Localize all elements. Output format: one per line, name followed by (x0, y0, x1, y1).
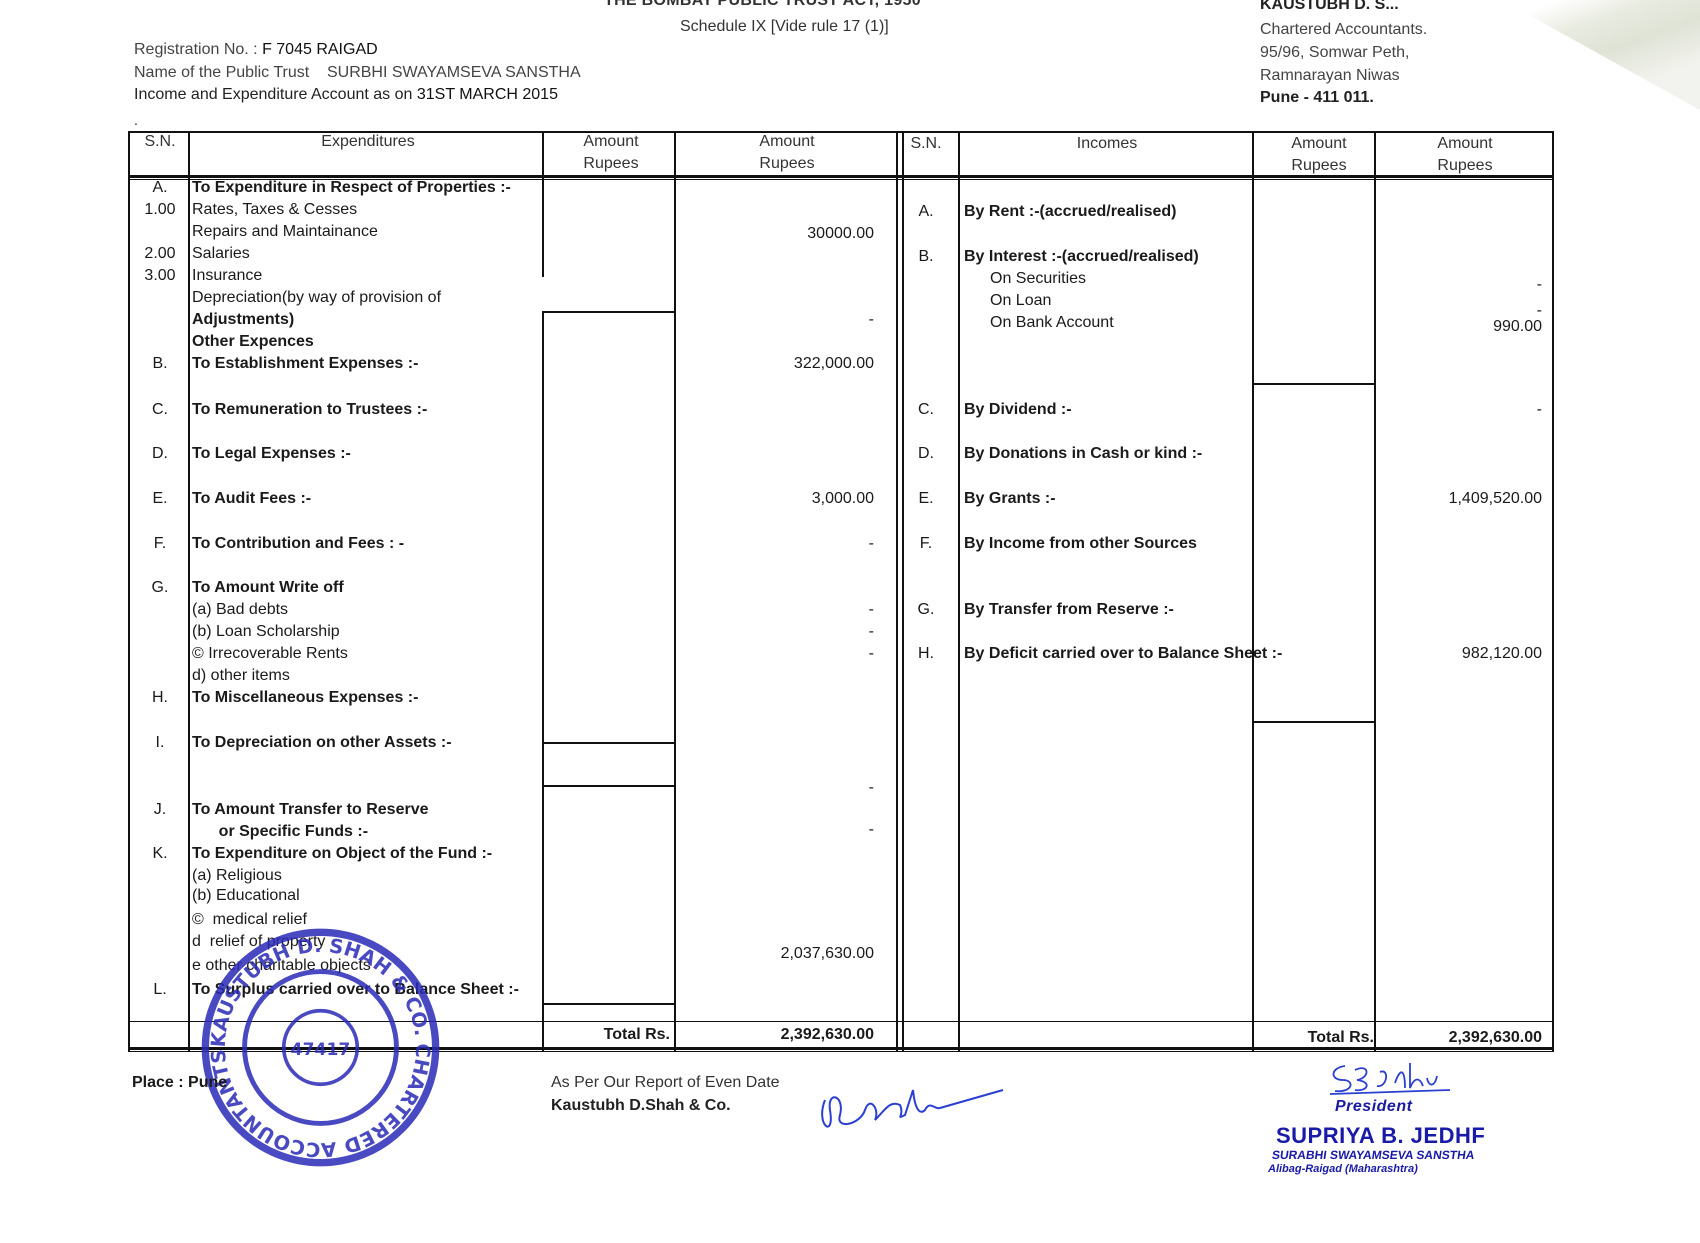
rule-line (674, 131, 676, 1051)
trust-name-line: Name of the Public Trust SURBHI SWAYAMSE… (134, 64, 581, 82)
row-label: By Transfer from Reserve :- (964, 601, 1174, 619)
row-amount: - (1380, 276, 1542, 294)
rule-line (542, 131, 544, 277)
row-sn: A. (132, 179, 188, 197)
header-amount-3: AmountRupees (1258, 133, 1380, 177)
row-sn: D. (132, 445, 188, 463)
row-label: To Contribution and Fees : - (192, 535, 404, 553)
row-amount: 1,409,520.00 (1380, 490, 1542, 508)
row-amount: - (676, 311, 874, 329)
rule-line (542, 742, 544, 787)
registration-label: Registration No. : (134, 41, 258, 58)
svg-text:47417: 47417 (291, 1040, 351, 1060)
row-amount: - (676, 623, 874, 641)
row-label: (b) Loan Scholarship (192, 623, 340, 641)
place-label: Place : (132, 1074, 184, 1091)
registration-line: Registration No. : F 7045 RAIGAD (134, 41, 378, 59)
header-amount-2: Amount Rupees (676, 131, 898, 175)
row-sn: F. (898, 535, 954, 553)
auditor-line-2: 95/96, Somwar Peth, (1260, 44, 1409, 62)
stray-dot: . (134, 112, 138, 128)
account-label: Income and Expenditure Account as on (134, 86, 412, 103)
row-sn: G. (132, 579, 188, 597)
row-amount: - (676, 645, 874, 663)
row-sn: C. (132, 401, 188, 419)
trust-name-label: Name of the Public Trust (134, 64, 309, 81)
row-label: Depreciation(by way of provision of (192, 289, 441, 307)
rule-line (1374, 131, 1376, 1051)
row-label: To Establishment Expenses :- (192, 355, 418, 373)
row-label: On Loan (990, 292, 1051, 310)
rule-line (1252, 721, 1376, 723)
row-sn: A. (898, 203, 954, 221)
row-label: To Remuneration to Trustees :- (192, 401, 427, 419)
row-sn: J. (132, 801, 188, 819)
row-amount: 322,000.00 (676, 355, 874, 373)
row-sn: L. (132, 981, 188, 999)
auditor-name: KAUSTUBH D. S... (1260, 0, 1399, 14)
rule-line (128, 175, 1554, 178)
row-label: Rates, Taxes & Cesses (192, 201, 357, 219)
auditor-line-4: Pune - 411 011. (1260, 89, 1374, 107)
place-value: Pune (188, 1074, 227, 1091)
row-label: By Donations in Cash or kind :- (964, 445, 1202, 463)
row-label: Insurance (192, 267, 262, 285)
row-sn: E. (132, 490, 188, 508)
rule-line (1252, 383, 1376, 385)
row-label: © Irrecoverable Rents (192, 645, 348, 663)
row-label: To Expenditure on Object of the Fund :- (192, 845, 492, 863)
row-label: To Legal Expenses :- (192, 445, 351, 463)
header-sn-right: S.N. (896, 133, 956, 155)
rule-line (542, 742, 674, 744)
row-amount: 982,120.00 (1380, 645, 1542, 663)
rule-line (128, 131, 1554, 133)
president-title: President (1335, 1098, 1412, 1116)
row-label: By Dividend :- (964, 401, 1072, 419)
row-label: (b) Educational (192, 887, 300, 905)
row-sn: C. (898, 401, 954, 419)
row-label: By Grants :- (964, 490, 1056, 508)
trust-name-value: SURBHI SWAYAMSEVA SANSTHA (327, 64, 581, 81)
president-organisation: SURABHI SWAYAMSEVA SANSTHA (1271, 1148, 1475, 1162)
rule-line (902, 131, 904, 1051)
rule-line (542, 1003, 544, 1051)
row-amount: - (676, 821, 874, 839)
rule-line (542, 785, 674, 787)
rule-line (128, 179, 1554, 180)
report-reference: As Per Our Report of Even Date (551, 1074, 780, 1092)
row-sn: E. (898, 490, 954, 508)
row-sn: I. (132, 734, 188, 752)
header-incomes: Incomes (956, 133, 1258, 155)
rule-line (896, 131, 898, 1051)
president-name: SUPRIYA B. JEDHF (1276, 1123, 1485, 1149)
row-amount: - (676, 601, 874, 619)
row-label: On Bank Account (990, 314, 1114, 332)
row-amount: 990.00 (1380, 318, 1542, 336)
income-total-value: 2,392,630.00 (1380, 1029, 1542, 1047)
row-label: To Amount Write off (192, 579, 344, 597)
rule-line (542, 1003, 674, 1005)
account-date: 31ST MARCH 2015 (417, 86, 558, 103)
row-sn: 3.00 (132, 267, 188, 285)
row-label: Salaries (192, 245, 250, 263)
row-label: Adjustments) (192, 311, 294, 329)
act-title: THE BOMBAY PUBLIC TRUST ACT, 1950 (604, 0, 921, 10)
row-sn: K. (132, 845, 188, 863)
page-curl (1370, 0, 1700, 110)
row-label: To Amount Transfer to Reserve (192, 801, 429, 819)
row-sn: D. (898, 445, 954, 463)
rule-line (958, 131, 960, 1051)
header-expenditures: Expenditures (190, 131, 546, 153)
header-sn-left: S.N. (132, 131, 188, 153)
rule-line (1252, 131, 1254, 1051)
header-amount-1: Amount Rupees (546, 131, 676, 175)
row-sn: H. (898, 645, 954, 663)
row-label: To Depreciation on other Assets :- (192, 734, 452, 752)
row-label: By Interest :-(accrued/realised) (964, 248, 1199, 266)
row-label: (a) Bad debts (192, 601, 288, 619)
place-line: Place : Pune (132, 1074, 227, 1092)
row-amount: - (676, 535, 874, 553)
rule-line (128, 131, 130, 1051)
row-sn: B. (132, 355, 188, 373)
row-label: By Income from other Sources (964, 535, 1197, 553)
row-label: Repairs and Maintainance (192, 223, 378, 241)
row-label: (a) Religious (192, 867, 282, 885)
row-sn: 1.00 (132, 201, 188, 219)
rule-line (1552, 131, 1554, 1051)
row-amount: - (1380, 401, 1542, 419)
row-amount: - (676, 779, 874, 797)
president-signature-icon (1325, 1058, 1455, 1098)
row-label: To Miscellaneous Expenses :- (192, 689, 418, 707)
president-location: Alibag-Raigad (Maharashtra) (1268, 1163, 1418, 1175)
row-label: By Deficit carried over to Balance Sheet… (964, 645, 1282, 663)
rule-line (542, 311, 674, 313)
expenditure-total-value: 2,392,630.00 (676, 1026, 874, 1044)
header-amount-4: AmountRupees (1380, 133, 1550, 177)
row-label: or Specific Funds :- (192, 823, 368, 841)
row-sn: 2.00 (132, 245, 188, 263)
row-amount: 3,000.00 (676, 490, 874, 508)
row-label: d) other items (192, 667, 290, 685)
row-sn: H. (132, 689, 188, 707)
row-label: Other Expences (192, 333, 314, 351)
row-label: By Rent :-(accrued/realised) (964, 203, 1177, 221)
row-sn: G. (898, 601, 954, 619)
row-amount: 2,037,630.00 (676, 945, 874, 963)
row-sn: B. (898, 248, 954, 266)
row-label: On Securities (990, 270, 1086, 288)
row-label: To Audit Fees :- (192, 490, 311, 508)
row-amount: 30000.00 (676, 225, 874, 243)
row-sn: F. (132, 535, 188, 553)
expenditure-total-label: Total Rs. (546, 1026, 670, 1044)
income-expenditure-table: S.N. Expenditures Amount Rupees Amount R… (128, 131, 1554, 1050)
rule-line (542, 785, 544, 1005)
rule-line (188, 131, 190, 1051)
auditor-stamp-icon: KAUSTUBH D. SHAH & CO. CHARTERED ACCOUNT… (198, 925, 443, 1170)
registration-value: F 7045 RAIGAD (262, 41, 378, 58)
auditor-firm: Kaustubh D.Shah & Co. (551, 1097, 731, 1115)
auditor-signature-icon (805, 1070, 1005, 1150)
row-label: To Expenditure in Respect of Properties … (192, 179, 511, 197)
income-total-label: Total Rs. (1258, 1029, 1374, 1047)
auditor-line-3: Ramnarayan Niwas (1260, 67, 1400, 85)
schedule-reference: Schedule IX [Vide rule 17 (1)] (680, 18, 889, 36)
auditor-line-1: Chartered Accountants. (1260, 21, 1427, 39)
account-line: Income and Expenditure Account as on 31S… (134, 86, 558, 104)
